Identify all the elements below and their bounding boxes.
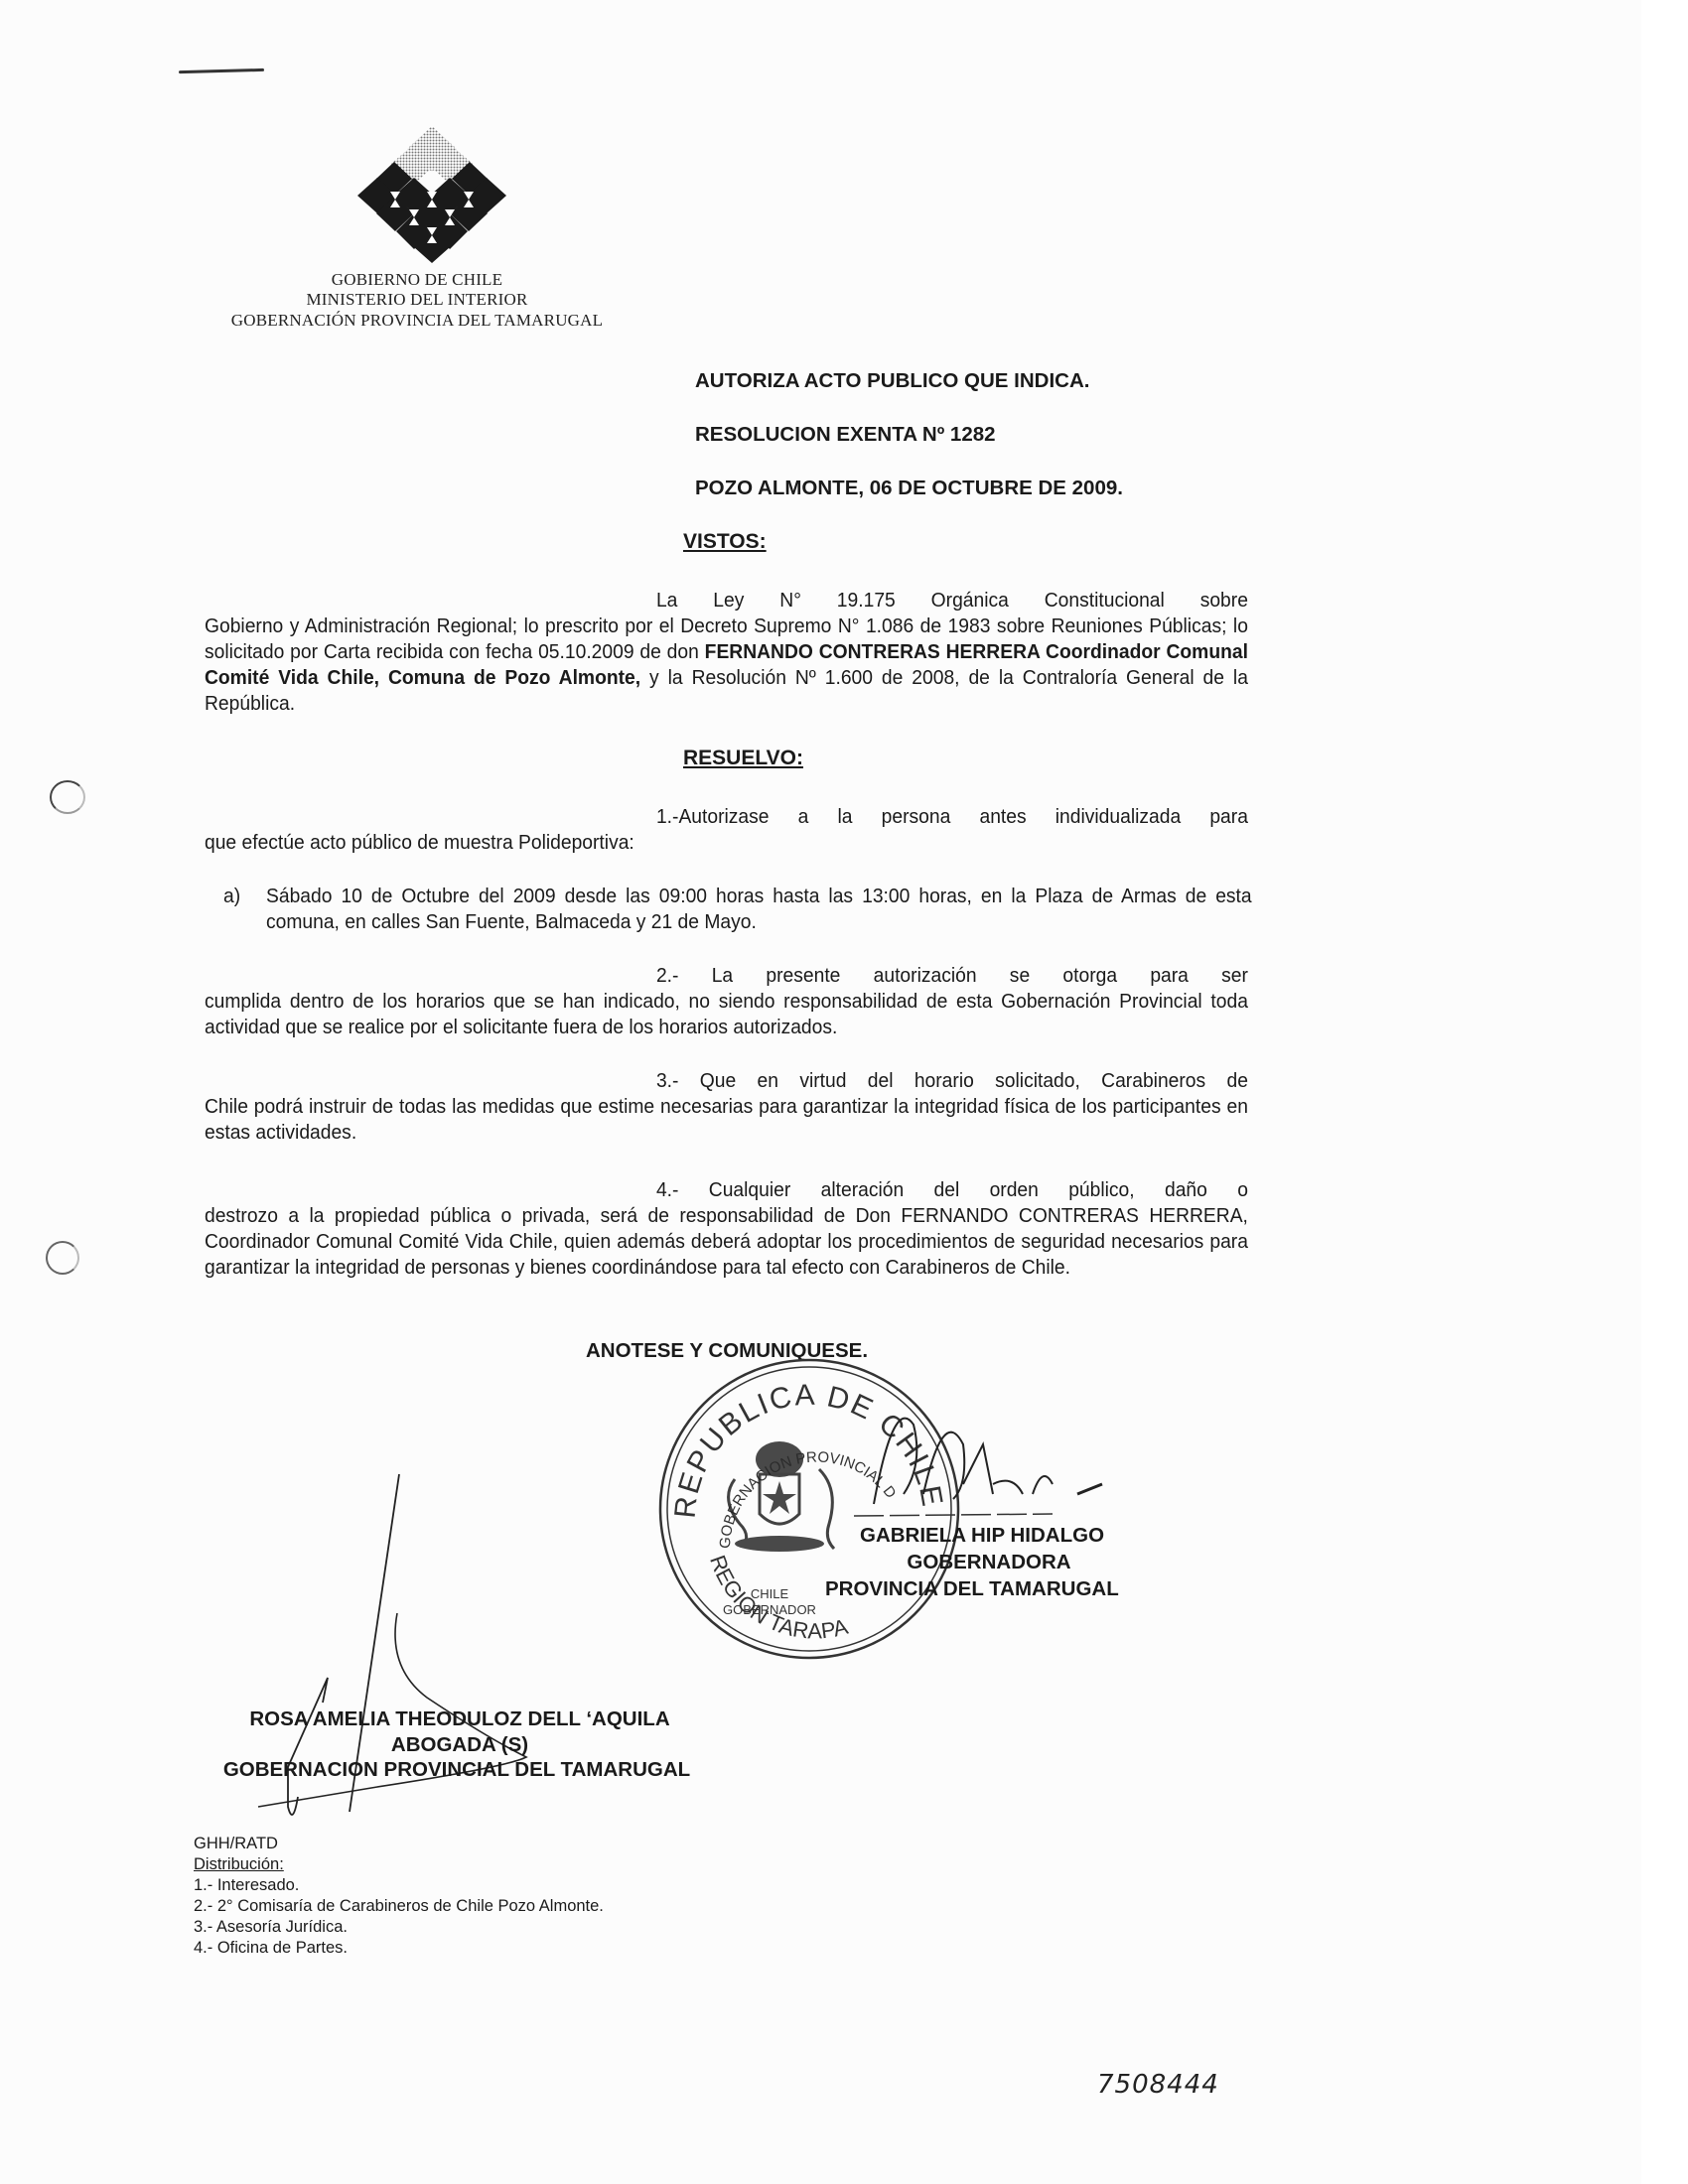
- header-line-governorate: GOBERNACIÓN PROVINCIA DEL TAMARUGAL: [149, 311, 685, 331]
- resolution-item-4: 4.- Cualquier alteración del orden públi…: [205, 1177, 1248, 1281]
- header-line-ministry: MINISTERIO DEL INTERIOR: [149, 290, 685, 310]
- item-1a-marker: a): [223, 884, 251, 909]
- punch-hole: [46, 1241, 79, 1275]
- signatory-2-office: GOBERNACION PROVINCIAL DEL TAMARUGAL: [194, 1757, 720, 1783]
- signatory-1-office: PROVINCIA DEL TAMARUGAL: [825, 1576, 1119, 1602]
- handwritten-reference-number: 7508444: [1097, 2070, 1219, 2100]
- punch-hole: [50, 780, 85, 814]
- resolution-item-1: 1.-Autorizase a la persona antes individ…: [205, 804, 1248, 856]
- signatory-1-role: GOBERNADORA: [860, 1550, 1118, 1575]
- distribution-item: 4.- Oficina de Partes.: [194, 1938, 348, 1959]
- item-1a-text: Sábado 10 de Octubre del 2009 desde las …: [266, 884, 1252, 935]
- vistos-paragraph: La Ley N° 19.175 Orgánica Constitucional…: [205, 588, 1248, 717]
- distribution-item: 3.- Asesoría Jurídica.: [194, 1917, 348, 1938]
- pen-mark: [179, 68, 264, 73]
- signatory-2-name: ROSA AMELIA THEODULOZ DELL ‘AQUILA: [216, 1706, 703, 1732]
- svg-text:GOBERNADOR: GOBERNADOR: [723, 1602, 816, 1617]
- resolution-item-2: 2.- La presente autorización se otorga p…: [205, 963, 1248, 1040]
- vistos-heading: VISTOS:: [683, 530, 767, 554]
- vistos-text-1: La Ley N° 19.175 Orgánica Constitucional…: [656, 589, 1248, 612]
- resolution-item-3: 3.- Que en virtud del horario solicitado…: [205, 1068, 1248, 1146]
- distribution-heading: Distribución:: [194, 1854, 284, 1875]
- svg-text:CHILE: CHILE: [751, 1586, 789, 1601]
- document-page: GOBIERNO DE CHILE MINISTERIO DEL INTERIO…: [0, 0, 1641, 2184]
- signatory-1-name: GABRIELA HIP HIDALGO: [860, 1523, 1104, 1549]
- distribution-item: 2.- 2° Comisaría de Carabineros de Chile…: [194, 1896, 604, 1917]
- signatory-2-role: ABOGADA (S): [216, 1732, 703, 1758]
- distribution-item: 1.- Interesado.: [194, 1875, 299, 1896]
- government-logo-icon: [357, 124, 506, 263]
- place-and-date: POZO ALMONTE, 06 DE OCTUBRE DE 2009.: [695, 477, 1123, 500]
- initials: GHH/RATD: [194, 1834, 278, 1854]
- header-line-government: GOBIERNO DE CHILE: [149, 270, 685, 290]
- resolution-number: RESOLUCION EXENTA Nº 1282: [695, 423, 996, 447]
- document-subject: AUTORIZA ACTO PUBLICO QUE INDICA.: [695, 369, 1089, 393]
- resuelvo-heading: RESUELVO:: [683, 747, 803, 770]
- signature-gobernadora-icon: [854, 1385, 1132, 1524]
